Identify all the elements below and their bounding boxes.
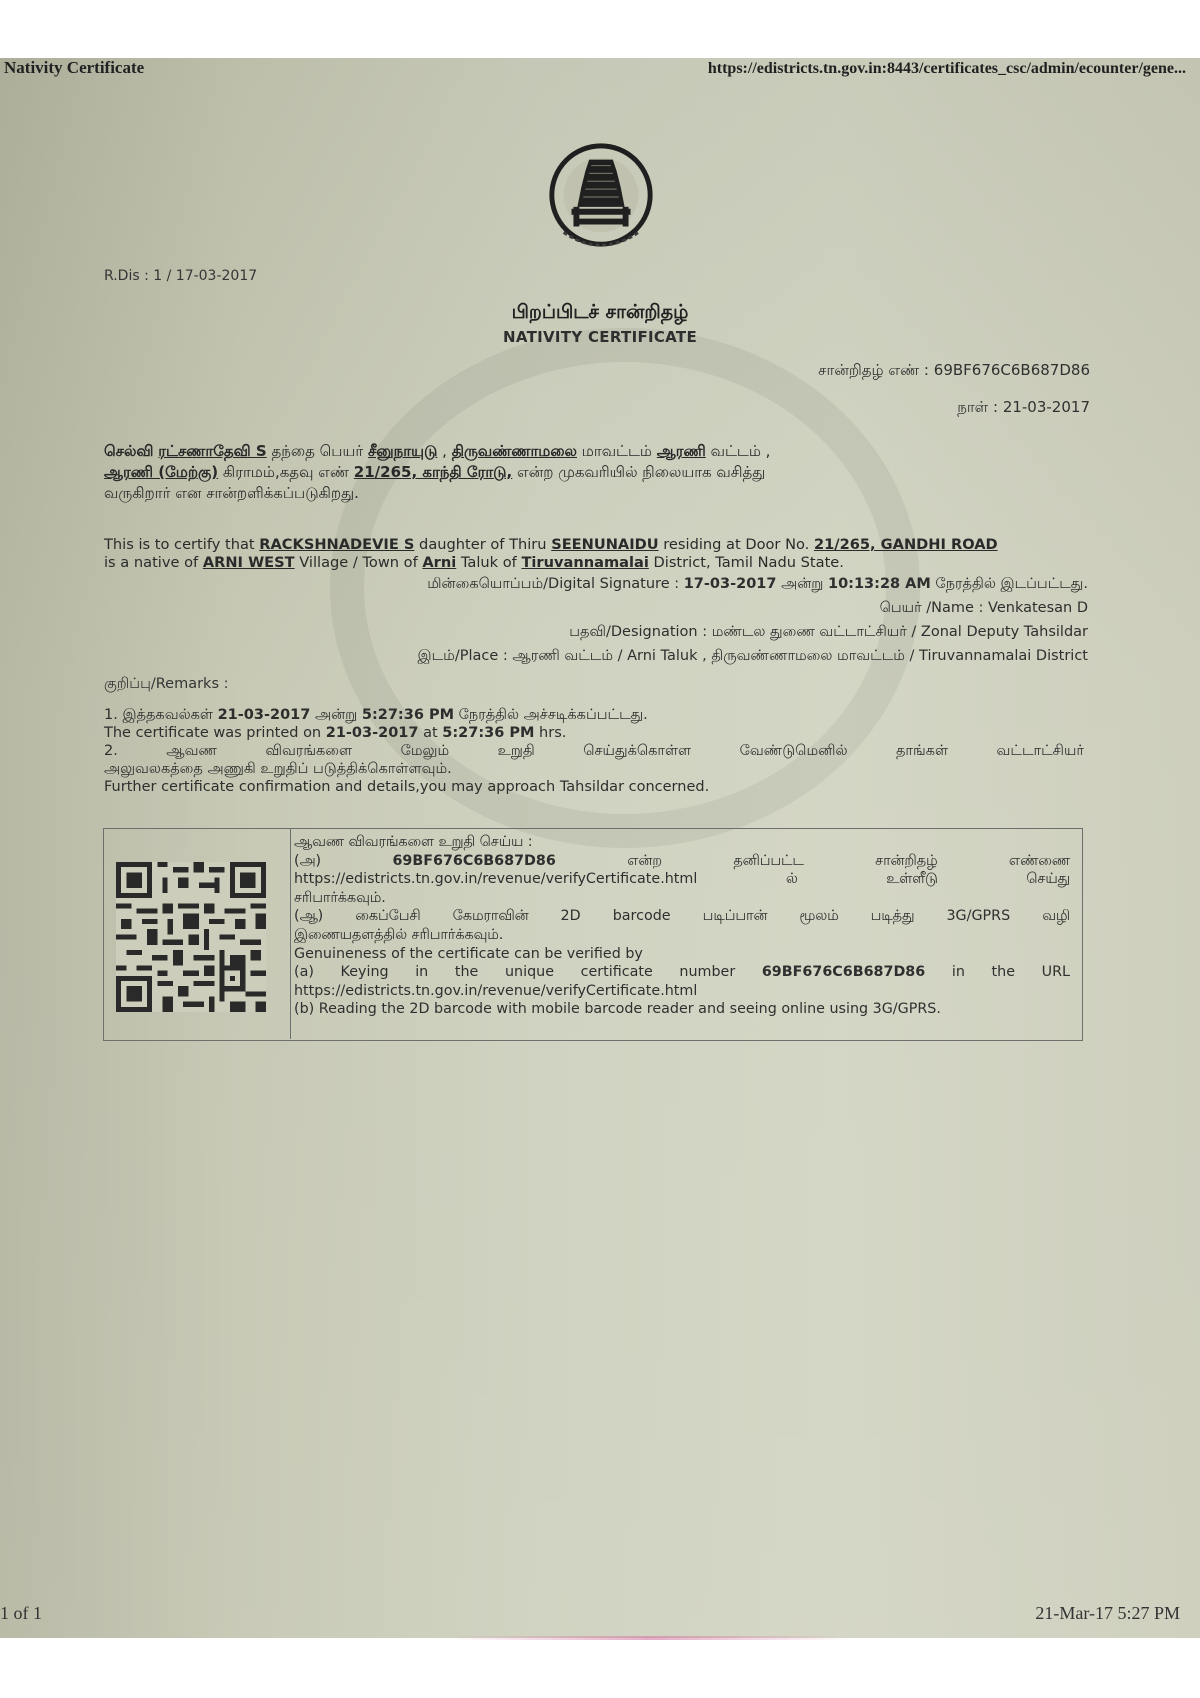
qr-code-icon[interactable] [116, 862, 266, 1012]
verify-option-b-ta-line2: இணையதளத்தில் சரிபார்க்கவும். [294, 926, 1070, 945]
certificate-number: 69BF676C6B687D86 [762, 964, 925, 980]
place-label: இடம்/Place : [418, 648, 513, 664]
address: 21/265, GANDHI ROAD [814, 536, 998, 553]
remark-1-tamil: 1. இத்தகவல்கள் 21-03-2017 அன்று 5:27:36 … [104, 706, 1084, 724]
certificate-page: Nativity Certificate https://edistricts.… [0, 58, 1200, 1638]
signatory-name-label: பெயர் /Name : [880, 600, 988, 616]
text: என்ற தனிப்பட்ட சான்றிதழ் எண்ணை [627, 853, 1070, 869]
text: residing at Door No. [659, 536, 814, 553]
verify-option-b-en: (b) Reading the 2D barcode with mobile b… [294, 1000, 1070, 1019]
print-time: 5:27:36 PM [362, 707, 454, 723]
text: The certificate was printed on [104, 725, 326, 741]
certificate-number: 69BF676C6B687D86 [392, 853, 555, 869]
certificate-date-value: 21-03-2017 [1003, 398, 1090, 416]
taluk: Arni [422, 554, 456, 571]
text: in the URL [925, 964, 1070, 980]
text: at [418, 725, 442, 741]
remarks-label: குறிப்பு/Remarks : [104, 676, 229, 694]
text: அன்று [776, 576, 828, 592]
remark-1-english: The certificate was printed on 21-03-201… [104, 724, 1084, 742]
separator: , [442, 442, 447, 460]
text: ல் உள்ளீடு செய்து [786, 871, 1070, 887]
text: நேரத்தில் அச்சடிக்கப்பட்டது. [454, 707, 648, 723]
certify-text-ta: வருகிறார் என சான்றளிக்கப்படுகிறது. [104, 484, 359, 502]
verify-url-link[interactable]: https://edistricts.tn.gov.in/revenue/ver… [294, 871, 697, 887]
text: This is to certify that [104, 536, 259, 553]
print-date: 21-03-2017 [218, 707, 311, 723]
verify-option-b-ta-line1: (ஆ) கைப்பேசி கேமராவின் 2D barcode படிப்ப… [294, 907, 1070, 926]
address-ta: 21/265, காந்தி ரோடு, [354, 463, 512, 481]
taluk-label-ta: வட்டம் , [711, 442, 771, 460]
text: daughter of Thiru [414, 536, 551, 553]
text: 1. இத்தகவல்கள் [104, 707, 218, 723]
digital-signature-label: மின்கையொப்பம்/Digital Signature : [427, 576, 683, 592]
certificate-number-label: சான்றிதழ் எண் : [818, 361, 929, 379]
reference-number: R.Dis : 1 / 17-03-2017 [104, 268, 257, 284]
tamil-certification-paragraph: செல்வி ரட்சணாதேவி S தந்தை பெயர் சீனுநாயு… [104, 441, 1094, 504]
certificate-date: நாள் : 21-03-2017 [957, 398, 1090, 418]
holder-name: RACKSHNADEVIE S [259, 536, 414, 553]
remark-2-tamil-line1: 2. ஆவண விவரங்களை மேலும் உறுதி செய்துக்கொ… [104, 742, 1084, 760]
father-label-ta: தந்தை பெயர் [272, 442, 364, 460]
english-certification-paragraph: This is to certify that RACKSHNADEVIE S … [104, 536, 1094, 572]
father-name-ta: சீனுநாயுடு [368, 442, 437, 460]
remarks-list: 1. இத்தகவல்கள் 21-03-2017 அன்று 5:27:36 … [104, 706, 1084, 796]
text: நேரத்தில் இடப்பட்டது. [931, 576, 1088, 592]
print-time: 5:27:36 PM [442, 725, 534, 741]
tamil-nadu-emblem-icon [542, 138, 660, 256]
signatory-name: Venkatesan D [988, 600, 1088, 616]
village-ta: ஆரணி (மேற்கு) [104, 463, 218, 481]
print-header-url: https://edistricts.tn.gov.in:8443/certif… [708, 60, 1186, 78]
district: Tiruvannamalai [521, 554, 648, 571]
designation-label: பதவி/Designation : [569, 624, 711, 640]
residence-text-ta: என்ற முகவரியில் நிலையாக வசித்து [517, 463, 765, 481]
print-footer-timestamp: 21-Mar-17 5:27 PM [1035, 1603, 1180, 1624]
place: ஆரணி வட்டம் / Arni Taluk , திருவண்ணாமலை … [512, 648, 1088, 664]
district-label-ta: மாவட்டம் [582, 442, 652, 460]
qr-cell [104, 829, 291, 1039]
remark-2-english: Further certificate confirmation and det… [104, 778, 1084, 796]
taluk-ta: ஆரணி [657, 442, 706, 460]
text: அன்று [310, 707, 362, 723]
remark-2-tamil-line2: அலுவலகத்தை அணுகி உறுதிப் படுத்திக்கொள்ளவ… [104, 760, 1084, 778]
option-label: (அ) [294, 853, 321, 869]
signatory-place-line: இடம்/Place : ஆரணி வட்டம் / Arni Taluk , … [418, 648, 1088, 666]
district-ta: திருவண்ணாமலை [452, 442, 577, 460]
certificate-date-label: நாள் : [957, 398, 998, 416]
text: Village / Town of [295, 554, 423, 571]
certificate-number: சான்றிதழ் எண் : 69BF676C6B687D86 [818, 361, 1090, 381]
father-name: SEENUNAIDU [551, 536, 658, 553]
text: Taluk of [456, 554, 521, 571]
verify-option-a-end: சரிபார்க்கவும். [294, 889, 1070, 908]
village-label-ta: கிராமம்,கதவு எண் [223, 463, 349, 481]
verification-instructions: ஆவண விவரங்களை உறுதி செய்ய : (அ) 69BF676C… [294, 833, 1070, 1019]
verify-heading-en: Genuineness of the certificate can be ve… [294, 945, 1070, 964]
print-header-title: Nativity Certificate [4, 58, 144, 78]
verify-heading-ta: ஆவண விவரங்களை உறுதி செய்ய : [294, 833, 1070, 852]
honorific: செல்வி [104, 442, 154, 460]
paper-edge [450, 1636, 850, 1640]
verify-option-a-ta: (அ) 69BF676C6B687D86 என்ற தனிப்பட்ட சான்… [294, 852, 1070, 871]
verify-option-a-en: (a) Keying in the unique certificate num… [294, 963, 1070, 982]
digital-signature-time: 10:13:28 AM [828, 576, 931, 592]
text: hrs. [534, 725, 566, 741]
text: is a native of [104, 554, 203, 571]
verification-box: ஆவண விவரங்களை உறுதி செய்ய : (அ) 69BF676C… [103, 828, 1083, 1041]
title-english: NATIVITY CERTIFICATE [0, 328, 1200, 346]
text: District, Tamil Nadu State. [649, 554, 844, 571]
holder-name-ta: ரட்சணாதேவி S [158, 442, 266, 460]
designation: மண்டல துணை வட்டாட்சியர் / Zonal Deputy T… [712, 624, 1088, 640]
verify-url-en[interactable]: https://edistricts.tn.gov.in/revenue/ver… [294, 982, 1070, 1001]
text: (a) Keying in the unique certificate num… [294, 964, 762, 980]
digital-signature-line: மின்கையொப்பம்/Digital Signature : 17-03-… [427, 576, 1088, 594]
village: ARNI WEST [203, 554, 295, 571]
certificate-number-value: 69BF676C6B687D86 [934, 361, 1090, 379]
print-footer-page: 1 of 1 [0, 1603, 42, 1624]
print-date: 21-03-2017 [326, 725, 419, 741]
title-tamil: பிறப்பிடச் சான்றிதழ் [0, 301, 1200, 326]
signatory-name-line: பெயர் /Name : Venkatesan D [880, 600, 1088, 618]
signatory-designation-line: பதவி/Designation : மண்டல துணை வட்டாட்சிய… [569, 624, 1088, 642]
verify-url-line-ta: https://edistricts.tn.gov.in/revenue/ver… [294, 870, 1070, 889]
digital-signature-date: 17-03-2017 [684, 576, 777, 592]
